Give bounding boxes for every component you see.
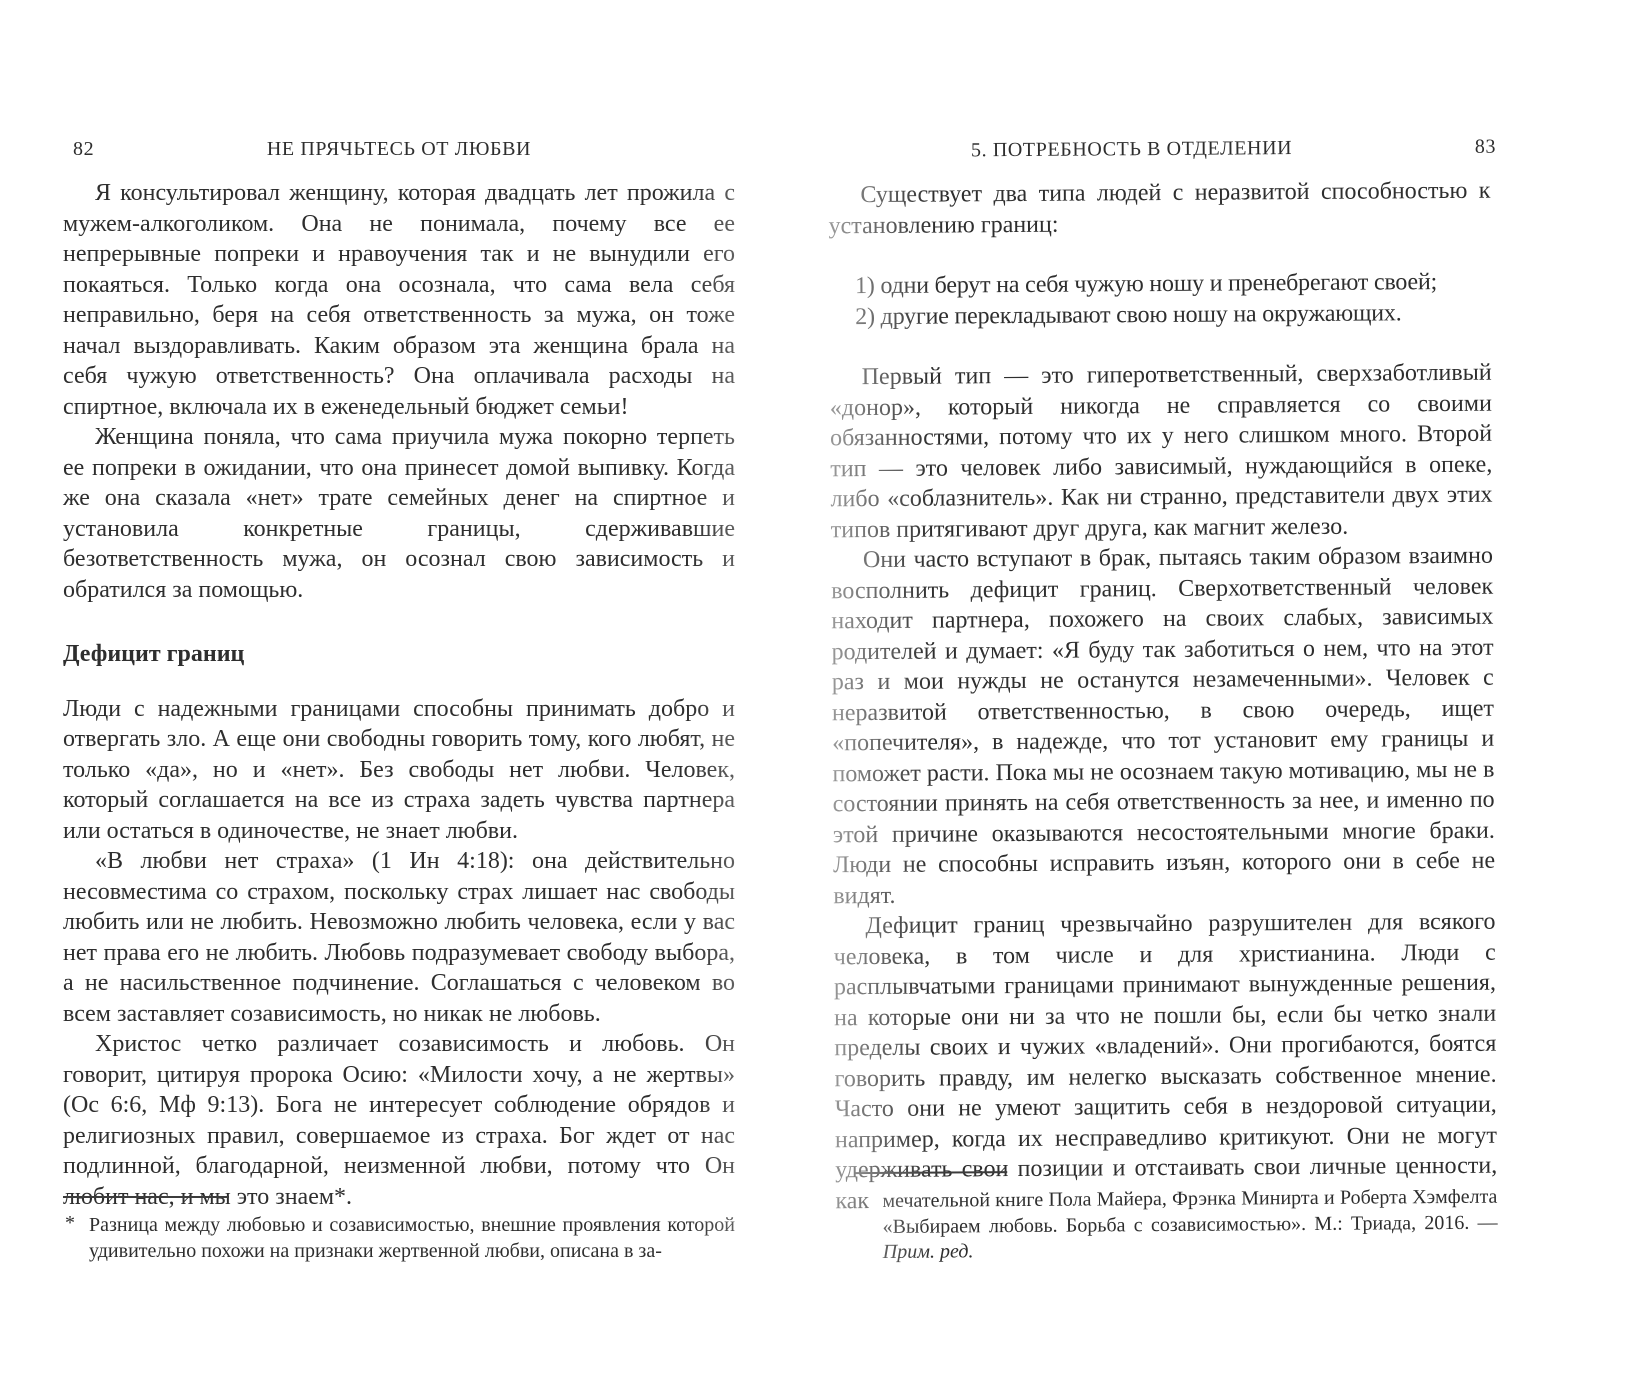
left-body-text: Я консультировал женщину, которая двадца… [63,178,735,1212]
list-item: 1) одни берут на себя чужую ношу и прене… [829,267,1491,302]
right-page-header: 5. ПОТРЕБНОСТЬ В ОТДЕЛЕНИИ 83 [828,136,1490,169]
paragraph: Они часто вступают в брак, пытаясь таким… [831,541,1496,912]
paragraph: Христос четко различает созависимость и … [63,1029,735,1212]
left-footnote: * Разница между любовью и созависимостью… [63,1196,735,1264]
footnote-continuation: мечательной книге Пола Майера, Фрэнка Ми… [882,1185,1498,1266]
paragraph: Первый тип — это гиперответственный, све… [830,358,1493,546]
paragraph: Женщина поняла, что сама приучила мужа п… [63,422,735,605]
paragraph: Я консультировал женщину, которая двадца… [63,178,735,422]
footnote-marker: * [65,1211,75,1237]
footnote-text: Разница между любовью и созависимостью, … [89,1214,735,1262]
list-item: 2) другие перекладывают свою ношу на окр… [829,297,1491,332]
footnote-text: мечательной книге Пола Майера, Фрэнка Ми… [882,1186,1497,1238]
footnote-rule [63,1196,229,1198]
numbered-list: 1) одни берут на себя чужую ношу и прене… [829,267,1491,333]
right-running-title: 5. ПОТРЕБНОСТЬ В ОТДЕЛЕНИИ [828,136,1435,163]
book-spread: 82 НЕ ПРЯЧЬТЕСЬ ОТ ЛЮБВИ Я консультирова… [0,0,1650,1394]
paragraph: Существует два типа людей с неразвитой с… [828,176,1490,242]
page-82: 82 НЕ ПРЯЧЬТЕСЬ ОТ ЛЮБВИ Я консультирова… [63,138,735,1212]
paragraph: «В любви нет страха» (1 Ин 4:18): она де… [63,846,735,1029]
right-body-text: Существует два типа людей с неразвитой с… [828,176,1497,1217]
footnote-source-note: Прим. ред. [883,1240,974,1263]
footnote-entry: * Разница между любовью и созависимостью… [63,1213,735,1264]
left-running-title: НЕ ПРЯЧЬТЕСЬ ОТ ЛЮБВИ [63,138,735,161]
right-page-number: 83 [1475,136,1496,159]
right-footnote: мечательной книге Пола Майера, Фрэнка Ми… [835,1168,1498,1266]
section-heading: Дефицит границ [63,639,735,670]
footnote-rule [855,1171,1007,1174]
page-83: 5. ПОТРЕБНОСТЬ В ОТДЕЛЕНИИ 83 Существует… [828,136,1497,1217]
left-page-header: 82 НЕ ПРЯЧЬТЕСЬ ОТ ЛЮБВИ [63,138,735,166]
paragraph: Люди с надежными границами способны прин… [63,694,735,847]
